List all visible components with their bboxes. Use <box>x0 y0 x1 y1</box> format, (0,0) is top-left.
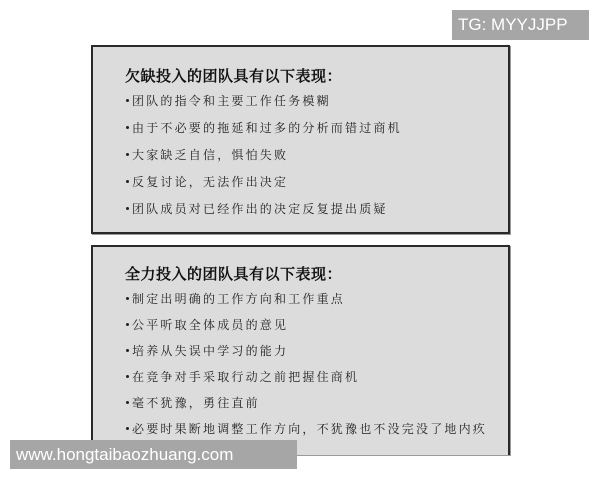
site-watermark: www.hongtaibaozhuang.com <box>10 440 297 469</box>
bullet-icon <box>126 153 129 156</box>
symptom-list: 团队的指令和主要工作任务模糊 由于不必要的拖延和过多的分析而错过商机 大家缺乏自… <box>126 88 402 223</box>
bullet-icon <box>126 297 129 300</box>
bullet-icon <box>126 207 129 210</box>
list-item: 由于不必要的拖延和过多的分析而错过商机 <box>126 115 402 142</box>
bullet-icon <box>126 99 129 102</box>
list-item: 必要时果断地调整工作方向，不犹豫也不没完没了地内疚 <box>126 416 487 442</box>
bullet-icon <box>126 375 129 378</box>
list-item: 大家缺乏自信，惧怕失败 <box>126 142 402 169</box>
bullet-icon <box>126 126 129 129</box>
bullet-icon <box>126 180 129 183</box>
list-item: 在竞争对手采取行动之前把握住商机 <box>126 364 487 390</box>
list-item: 公平听取全体成员的意见 <box>126 312 487 338</box>
bullet-icon <box>126 349 129 352</box>
full-commitment-panel: 全力投入的团队具有以下表现： 制定出明确的工作方向和工作重点 公平听取全体成员的… <box>91 245 510 455</box>
bullet-icon <box>126 401 129 404</box>
bullet-icon <box>126 323 129 326</box>
tg-watermark: TG: MYYJJPP <box>452 10 589 40</box>
list-item: 毫不犹豫，勇往直前 <box>126 390 487 416</box>
list-item: 培养从失误中学习的能力 <box>126 338 487 364</box>
list-item: 反复讨论，无法作出决定 <box>126 169 402 196</box>
panel-title: 全力投入的团队具有以下表现： <box>125 263 342 284</box>
lacking-commitment-panel: 欠缺投入的团队具有以下表现： 团队的指令和主要工作任务模糊 由于不必要的拖延和过… <box>91 45 510 234</box>
list-item: 团队成员对已经作出的决定反复提出质疑 <box>126 196 402 223</box>
panel-title: 欠缺投入的团队具有以下表现： <box>125 65 342 86</box>
list-item: 团队的指令和主要工作任务模糊 <box>126 88 402 115</box>
list-item: 制定出明确的工作方向和工作重点 <box>126 286 487 312</box>
bullet-icon <box>126 427 129 430</box>
behavior-list: 制定出明确的工作方向和工作重点 公平听取全体成员的意见 培养从失误中学习的能力 … <box>126 286 487 442</box>
